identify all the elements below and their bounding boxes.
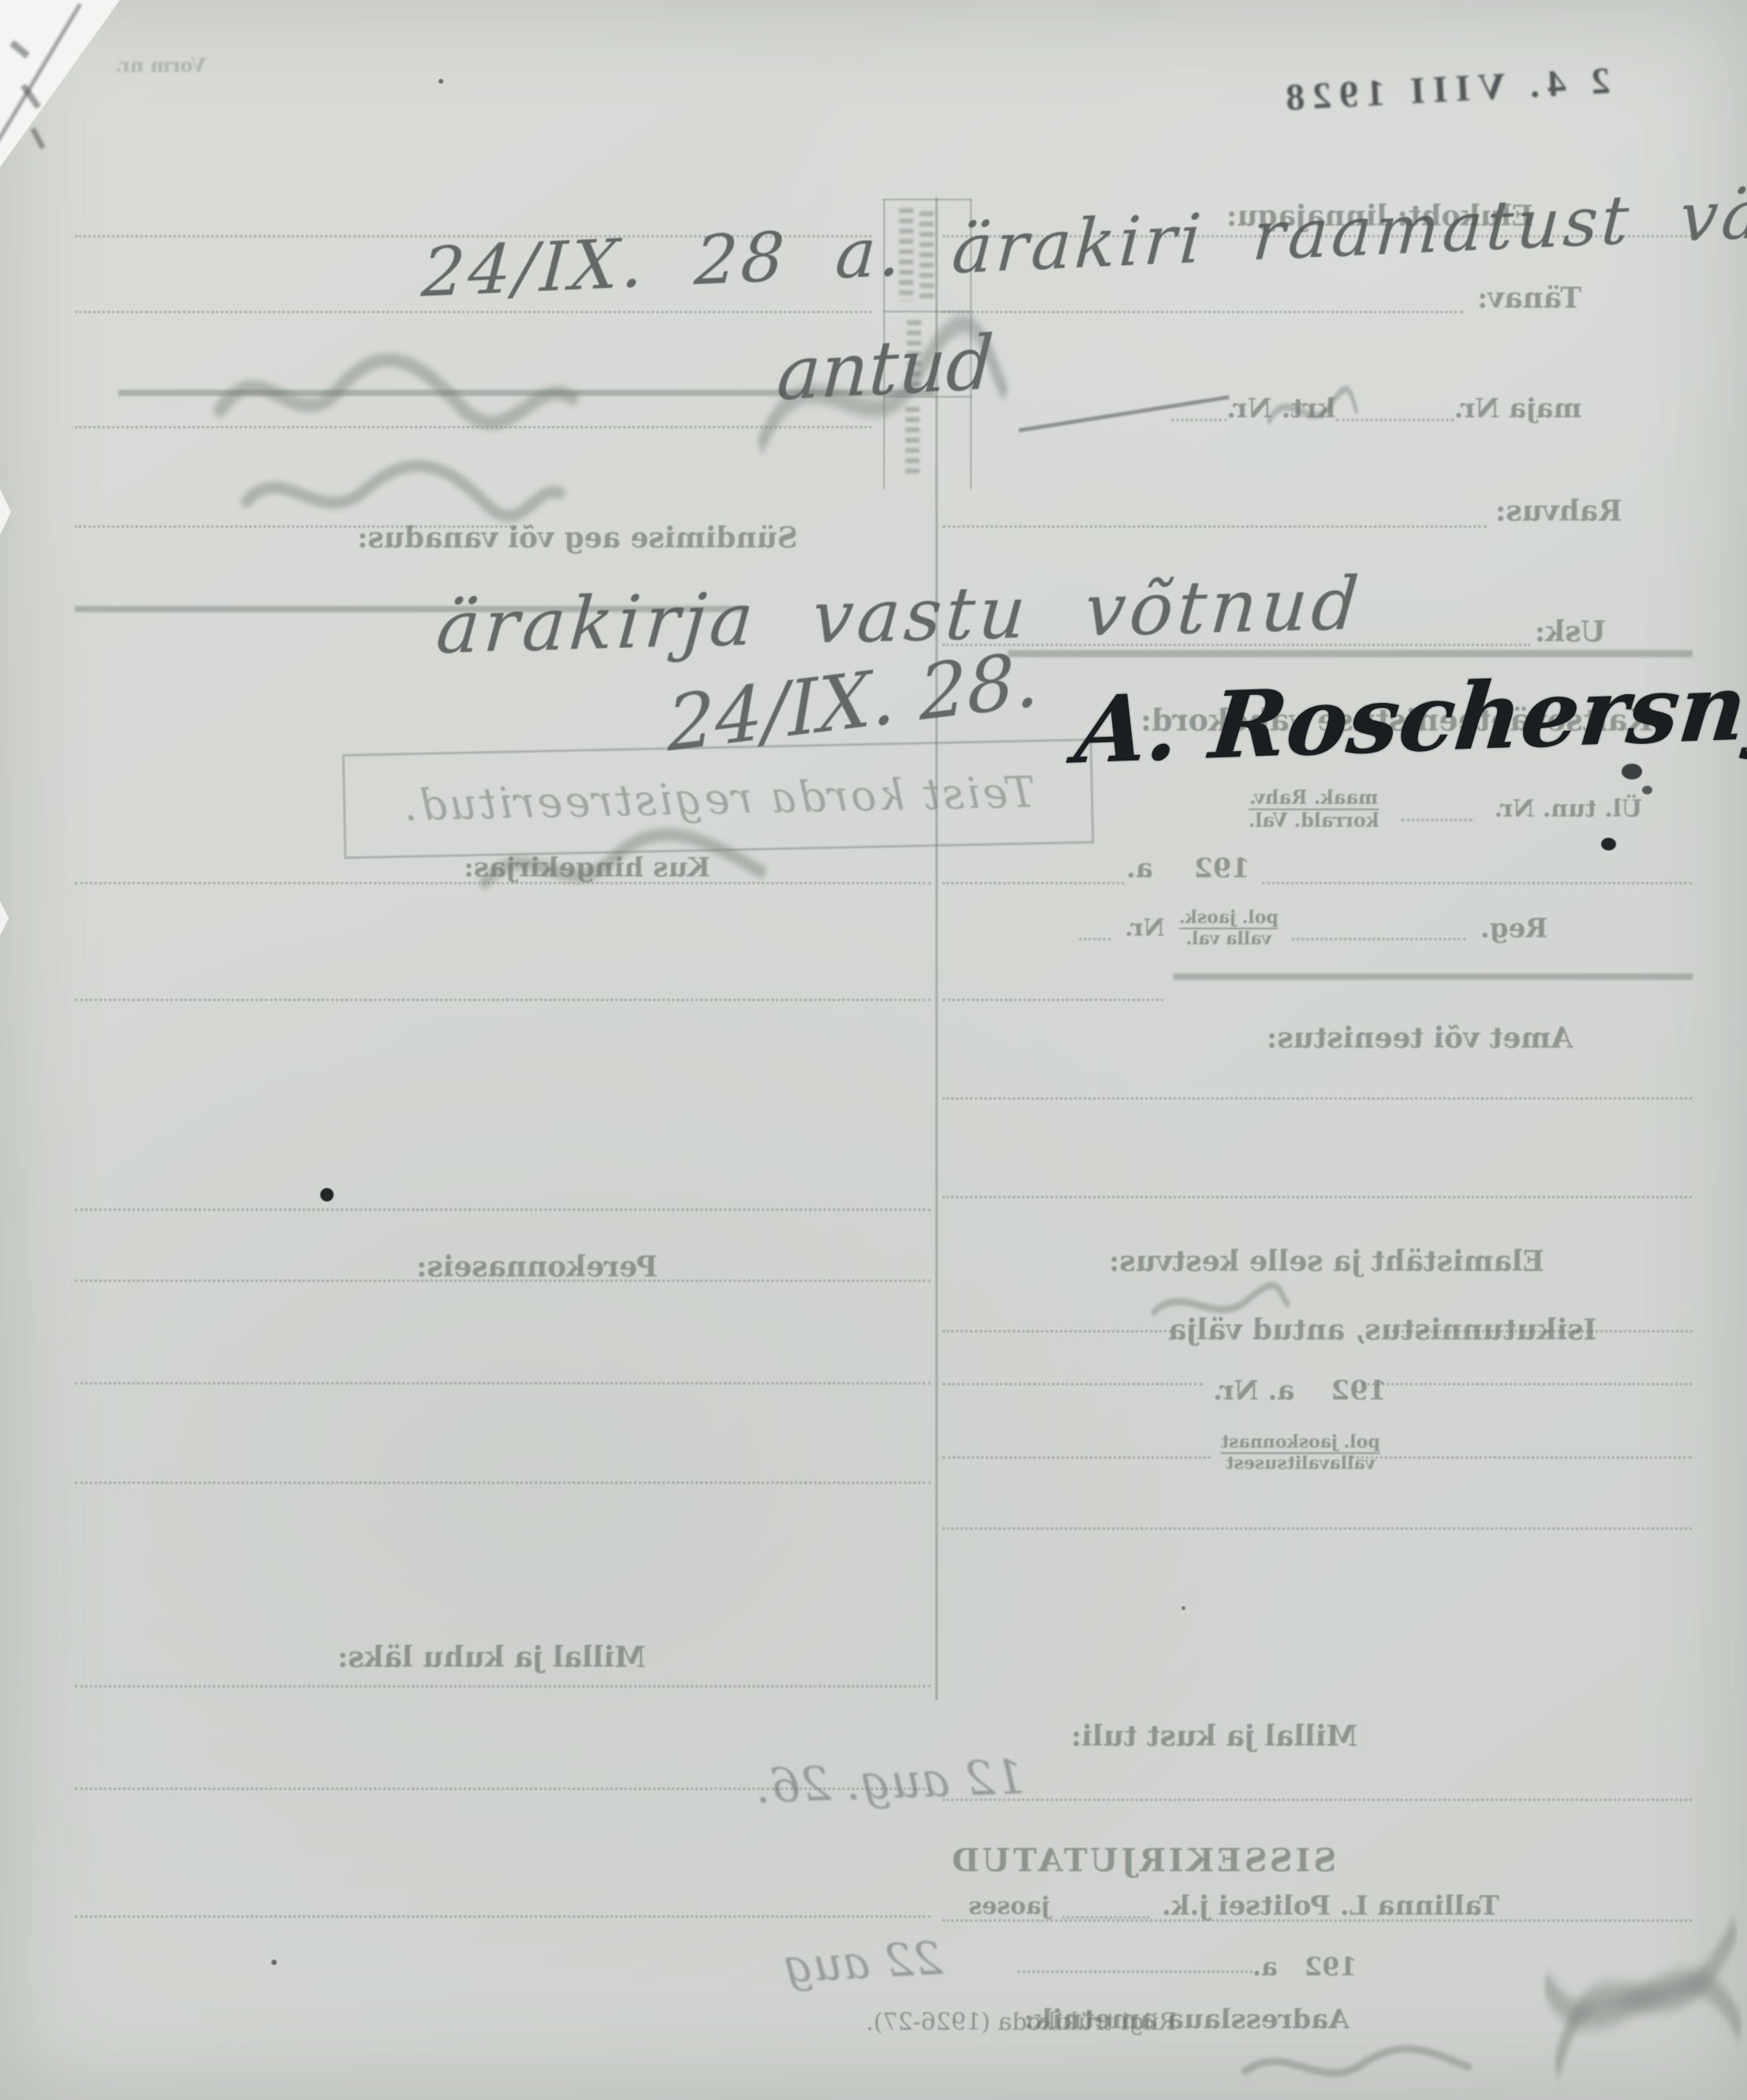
dotted-line xyxy=(75,1382,931,1384)
bleed-label-registered-year: 192 a. xyxy=(1252,1952,1357,1982)
bleed-label-registered-header: SISSEKIRJUTATUD xyxy=(949,1844,1336,1878)
bleed-label-reg: Reg. xyxy=(1480,913,1548,944)
bleed-label-registered-row: Tallinna L. Politsei j.k. jaoses xyxy=(969,1890,1499,1922)
bleed-label-id-frac-top: pol. jaoskonnast xyxy=(1221,1433,1380,1452)
rule xyxy=(1174,973,1693,980)
dotted-line xyxy=(75,1209,931,1211)
bleed-handwriting-registered-date: 22 aug xyxy=(782,1931,944,1993)
bleed-label-id-year-prefix: 192 xyxy=(1331,1375,1387,1407)
bleed-label-military-row: Ül. tun. Nr. maak. Rahv. korrald. Val. xyxy=(1249,787,1642,831)
bleed-label-registered-district: jaoses xyxy=(969,1893,1050,1920)
bleed-label-departed: Millal ja kuhu läks: xyxy=(338,1643,646,1673)
dotted-blank xyxy=(1293,916,1466,940)
bleed-label-reg-frac-top: pol. jaosk. xyxy=(1179,908,1279,928)
dotted-blank xyxy=(1402,797,1473,821)
form-number-label: Vorm nr. xyxy=(115,55,206,75)
bleed-label-military-cert: Ül. tun. Nr. xyxy=(1495,795,1643,823)
ink-signature: A. Roschersny. xyxy=(1071,651,1747,785)
edge-mark xyxy=(30,127,45,149)
bleed-label-arrived: Millal ja kust tuli: xyxy=(1071,1722,1357,1752)
bleed-label-marital: Perekonnaseis: xyxy=(416,1253,658,1283)
bleed-label-id-year-suffix: a. Nr. xyxy=(1213,1375,1294,1407)
dotted-line xyxy=(75,1685,931,1687)
bleed-label-occupation: Amet või teenistus: xyxy=(1267,1024,1573,1054)
narrow-column-line xyxy=(883,199,972,200)
ink-smudge xyxy=(1642,786,1652,794)
bleed-handwriting-squiggle xyxy=(473,813,773,923)
bleed-label-year-prefix: 192 xyxy=(1194,853,1250,884)
bleed-label-id-year-row: 192 a. Nr. xyxy=(1213,1375,1387,1407)
dotted-line xyxy=(943,1330,1171,1332)
torn-corner xyxy=(0,0,120,167)
dotted-line xyxy=(75,1915,931,1918)
speck xyxy=(439,79,443,84)
bleed-handwriting-squiggle xyxy=(1144,1274,1293,1337)
ink-blot xyxy=(1601,838,1616,850)
speck xyxy=(271,1960,277,1965)
bleed-label-street: Tänav: xyxy=(1477,284,1581,314)
dotted-line xyxy=(943,1527,1692,1530)
dotted-line xyxy=(1351,1456,1692,1459)
dotted-blank xyxy=(1062,1894,1149,1919)
bleed-label-year-row: 192 a. xyxy=(1126,853,1250,884)
dotted-line xyxy=(943,882,1124,884)
scanned-document-page: { "scan": { "date_stamp": "2 4. VIII 192… xyxy=(0,0,1747,2100)
bleed-handwriting-squiggle xyxy=(749,316,1010,473)
bleed-handwriting-squiggle xyxy=(1259,379,1361,442)
dotted-line xyxy=(943,1196,1692,1198)
edge-notch xyxy=(0,489,11,535)
dotted-line xyxy=(75,1482,931,1484)
bleed-handwriting-squiggle xyxy=(1238,2035,1475,2098)
bleed-label-military-frac-bottom: korrald. Val. xyxy=(1249,809,1379,831)
bleed-handwriting-squiggle xyxy=(205,331,584,450)
ink-smudge xyxy=(1622,764,1642,779)
bleed-label-house-row: maja Nr. krt. Nr. xyxy=(1171,393,1581,424)
date-stamp: 2 4. VIII 1928 xyxy=(1277,59,1611,120)
bleed-handwriting-arrived-date: 12 aug. 26. xyxy=(754,1750,1025,1814)
bleed-label-religion: Usk: xyxy=(1535,618,1606,648)
dotted-line xyxy=(943,1799,1692,1801)
bleed-handwriting-squiggle xyxy=(1538,1878,1743,2098)
dotted-line xyxy=(943,525,1487,528)
bleed-label-permit: Elamistäht ja selle kestvus: xyxy=(1109,1247,1544,1277)
dotted-line xyxy=(943,1456,1211,1459)
bleed-label-registered-station: Tallinna L. Politsei j.k. xyxy=(1162,1890,1499,1922)
bleed-label-house-no: maja Nr. xyxy=(1454,393,1582,424)
dotted-line xyxy=(75,999,931,1001)
dotted-blank xyxy=(1079,916,1111,940)
bleed-label-reg-frac-bottom: valla val. xyxy=(1179,928,1279,949)
bleed-label-id-frac-bottom: vallavalitsusest xyxy=(1221,1452,1380,1474)
bleed-label-registered-year-suffix: a. xyxy=(1252,1952,1278,1982)
dotted-line xyxy=(75,311,872,313)
dotted-line xyxy=(943,1383,1203,1385)
bleed-handwriting-squiggle xyxy=(237,442,568,544)
bleed-label-reg-row: Reg. pol. jaosk. valla val. Nr. xyxy=(1079,908,1547,948)
paper-scan: 2 4. VIII 1928 Vorm nr. Elukoht: linna xyxy=(0,0,1747,2100)
bleed-label-registered-year-prefix: 192 xyxy=(1305,1952,1357,1982)
dotted-line xyxy=(943,999,1163,1001)
bleed-label-military-frac-top: maak. Rahv. xyxy=(1249,787,1379,809)
dotted-line xyxy=(1362,1383,1692,1385)
bleed-label-clerk: Aadresslaua ametnik: xyxy=(1024,2006,1349,2035)
dotted-line xyxy=(943,1097,1692,1100)
dotted-line xyxy=(943,311,1463,313)
bleed-label-id-frac: pol. jaoskonnast vallavalitsusest xyxy=(1221,1433,1380,1473)
bleed-label-nationality: Rahvus: xyxy=(1495,497,1622,527)
dotted-line xyxy=(1017,1971,1258,1973)
edge-notch xyxy=(0,901,9,936)
bleed-label-nr: Nr. xyxy=(1125,914,1165,942)
speck xyxy=(1181,1606,1185,1610)
ink-dot xyxy=(320,1188,334,1201)
bleed-label-year-suffix: a. xyxy=(1126,853,1153,884)
dotted-line xyxy=(1262,882,1692,884)
